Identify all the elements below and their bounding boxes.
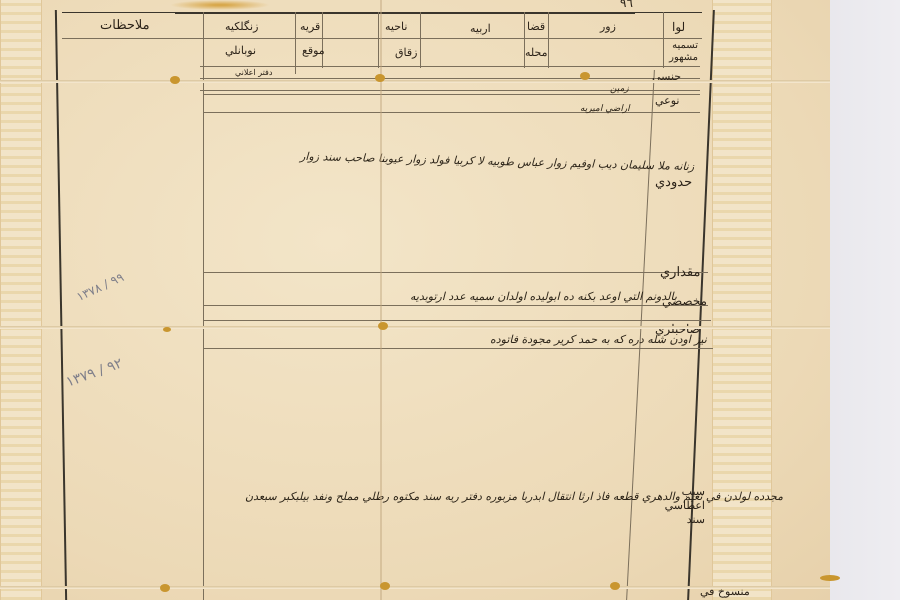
kaza-label: قضا xyxy=(527,20,545,33)
cinsi-value: زمين xyxy=(610,84,629,94)
grid-line xyxy=(62,38,702,39)
hududu-label: حدودي xyxy=(655,175,692,190)
gold-pin-mark xyxy=(820,575,840,581)
kaza-value: اربيه xyxy=(470,22,491,35)
horizontal-fold xyxy=(0,80,830,83)
grid-line xyxy=(322,12,323,68)
gold-pin-mark xyxy=(610,582,620,590)
right-ornamental-border xyxy=(712,0,772,600)
grid-line xyxy=(378,12,379,68)
tesmiye-label: تسميه مشهور xyxy=(664,40,698,64)
frame-top-line xyxy=(62,12,702,13)
grid-line xyxy=(200,78,700,79)
mevki-value: نوبانلي xyxy=(225,44,256,57)
grid-line xyxy=(203,12,204,600)
mikdari-label: مقداري xyxy=(660,265,700,280)
mikdari-entry: بالدونم التي اوعد بكنه ده ابوليده اولدان… xyxy=(410,290,677,303)
gold-pin-mark xyxy=(380,582,390,590)
grid-line xyxy=(203,320,711,321)
gold-pin-mark xyxy=(378,322,388,330)
mulahazat-label: ملاحظات xyxy=(100,18,150,33)
grid-line xyxy=(548,12,549,68)
grid-line xyxy=(200,66,700,67)
grid-line xyxy=(203,272,708,273)
left-ornamental-border xyxy=(0,0,42,600)
pencil-note-top: ٩٩ / ١٣٧٨ xyxy=(74,270,126,304)
karye-value: زنگلكيه xyxy=(225,20,258,33)
liva-value: زور xyxy=(600,20,616,33)
gold-pin-mark xyxy=(170,76,180,84)
frame-left-line xyxy=(55,10,67,600)
deed-paper: ٩٦ ملاحظات زنگلكيه قريه ناحيه اربيه قضا … xyxy=(0,0,830,600)
sahibi-entry: نيز اودن شله دره كه به حمد كرير مجودة فا… xyxy=(490,333,707,346)
gold-pin-mark xyxy=(163,327,171,332)
grid-line xyxy=(203,305,708,306)
gold-pin-mark xyxy=(160,584,170,592)
nevi-label: نوعي xyxy=(655,94,679,107)
small-note: دفتر اعلاني xyxy=(235,68,272,77)
liva-label: لوا xyxy=(672,20,685,34)
karye-label: قريه xyxy=(300,20,320,33)
muhassasi-label: مخصصي xyxy=(662,294,707,308)
horizontal-fold xyxy=(0,326,830,329)
nahiye-label: ناحيه xyxy=(385,20,407,33)
header-number: ٩٦ xyxy=(620,0,633,10)
vertical-fold xyxy=(380,0,382,600)
sebebi-entry: مجدده لولدن في نعيم والدهري قطعه فاذ ارث… xyxy=(245,490,783,503)
nevi-value: اراضي اميريه xyxy=(580,104,630,114)
gold-pin-mark xyxy=(580,72,590,80)
pencil-note-bottom: ٩٢ / ١٣٧٩ xyxy=(64,355,125,390)
grid-line xyxy=(420,12,421,68)
mahalle-label: محله xyxy=(525,46,548,59)
grid-line xyxy=(203,94,700,95)
mevki-label: موقع xyxy=(302,44,325,57)
grid-line xyxy=(203,348,713,349)
zukak-label: زقاق xyxy=(395,46,417,59)
grid-line xyxy=(524,12,525,68)
gold-pin-mark xyxy=(375,74,385,82)
hududu-entry: زنانه ملا سليمان ديب اوفيم زوار عباس طوب… xyxy=(300,150,694,173)
horizontal-fold xyxy=(0,586,830,589)
grid-line xyxy=(295,12,296,74)
